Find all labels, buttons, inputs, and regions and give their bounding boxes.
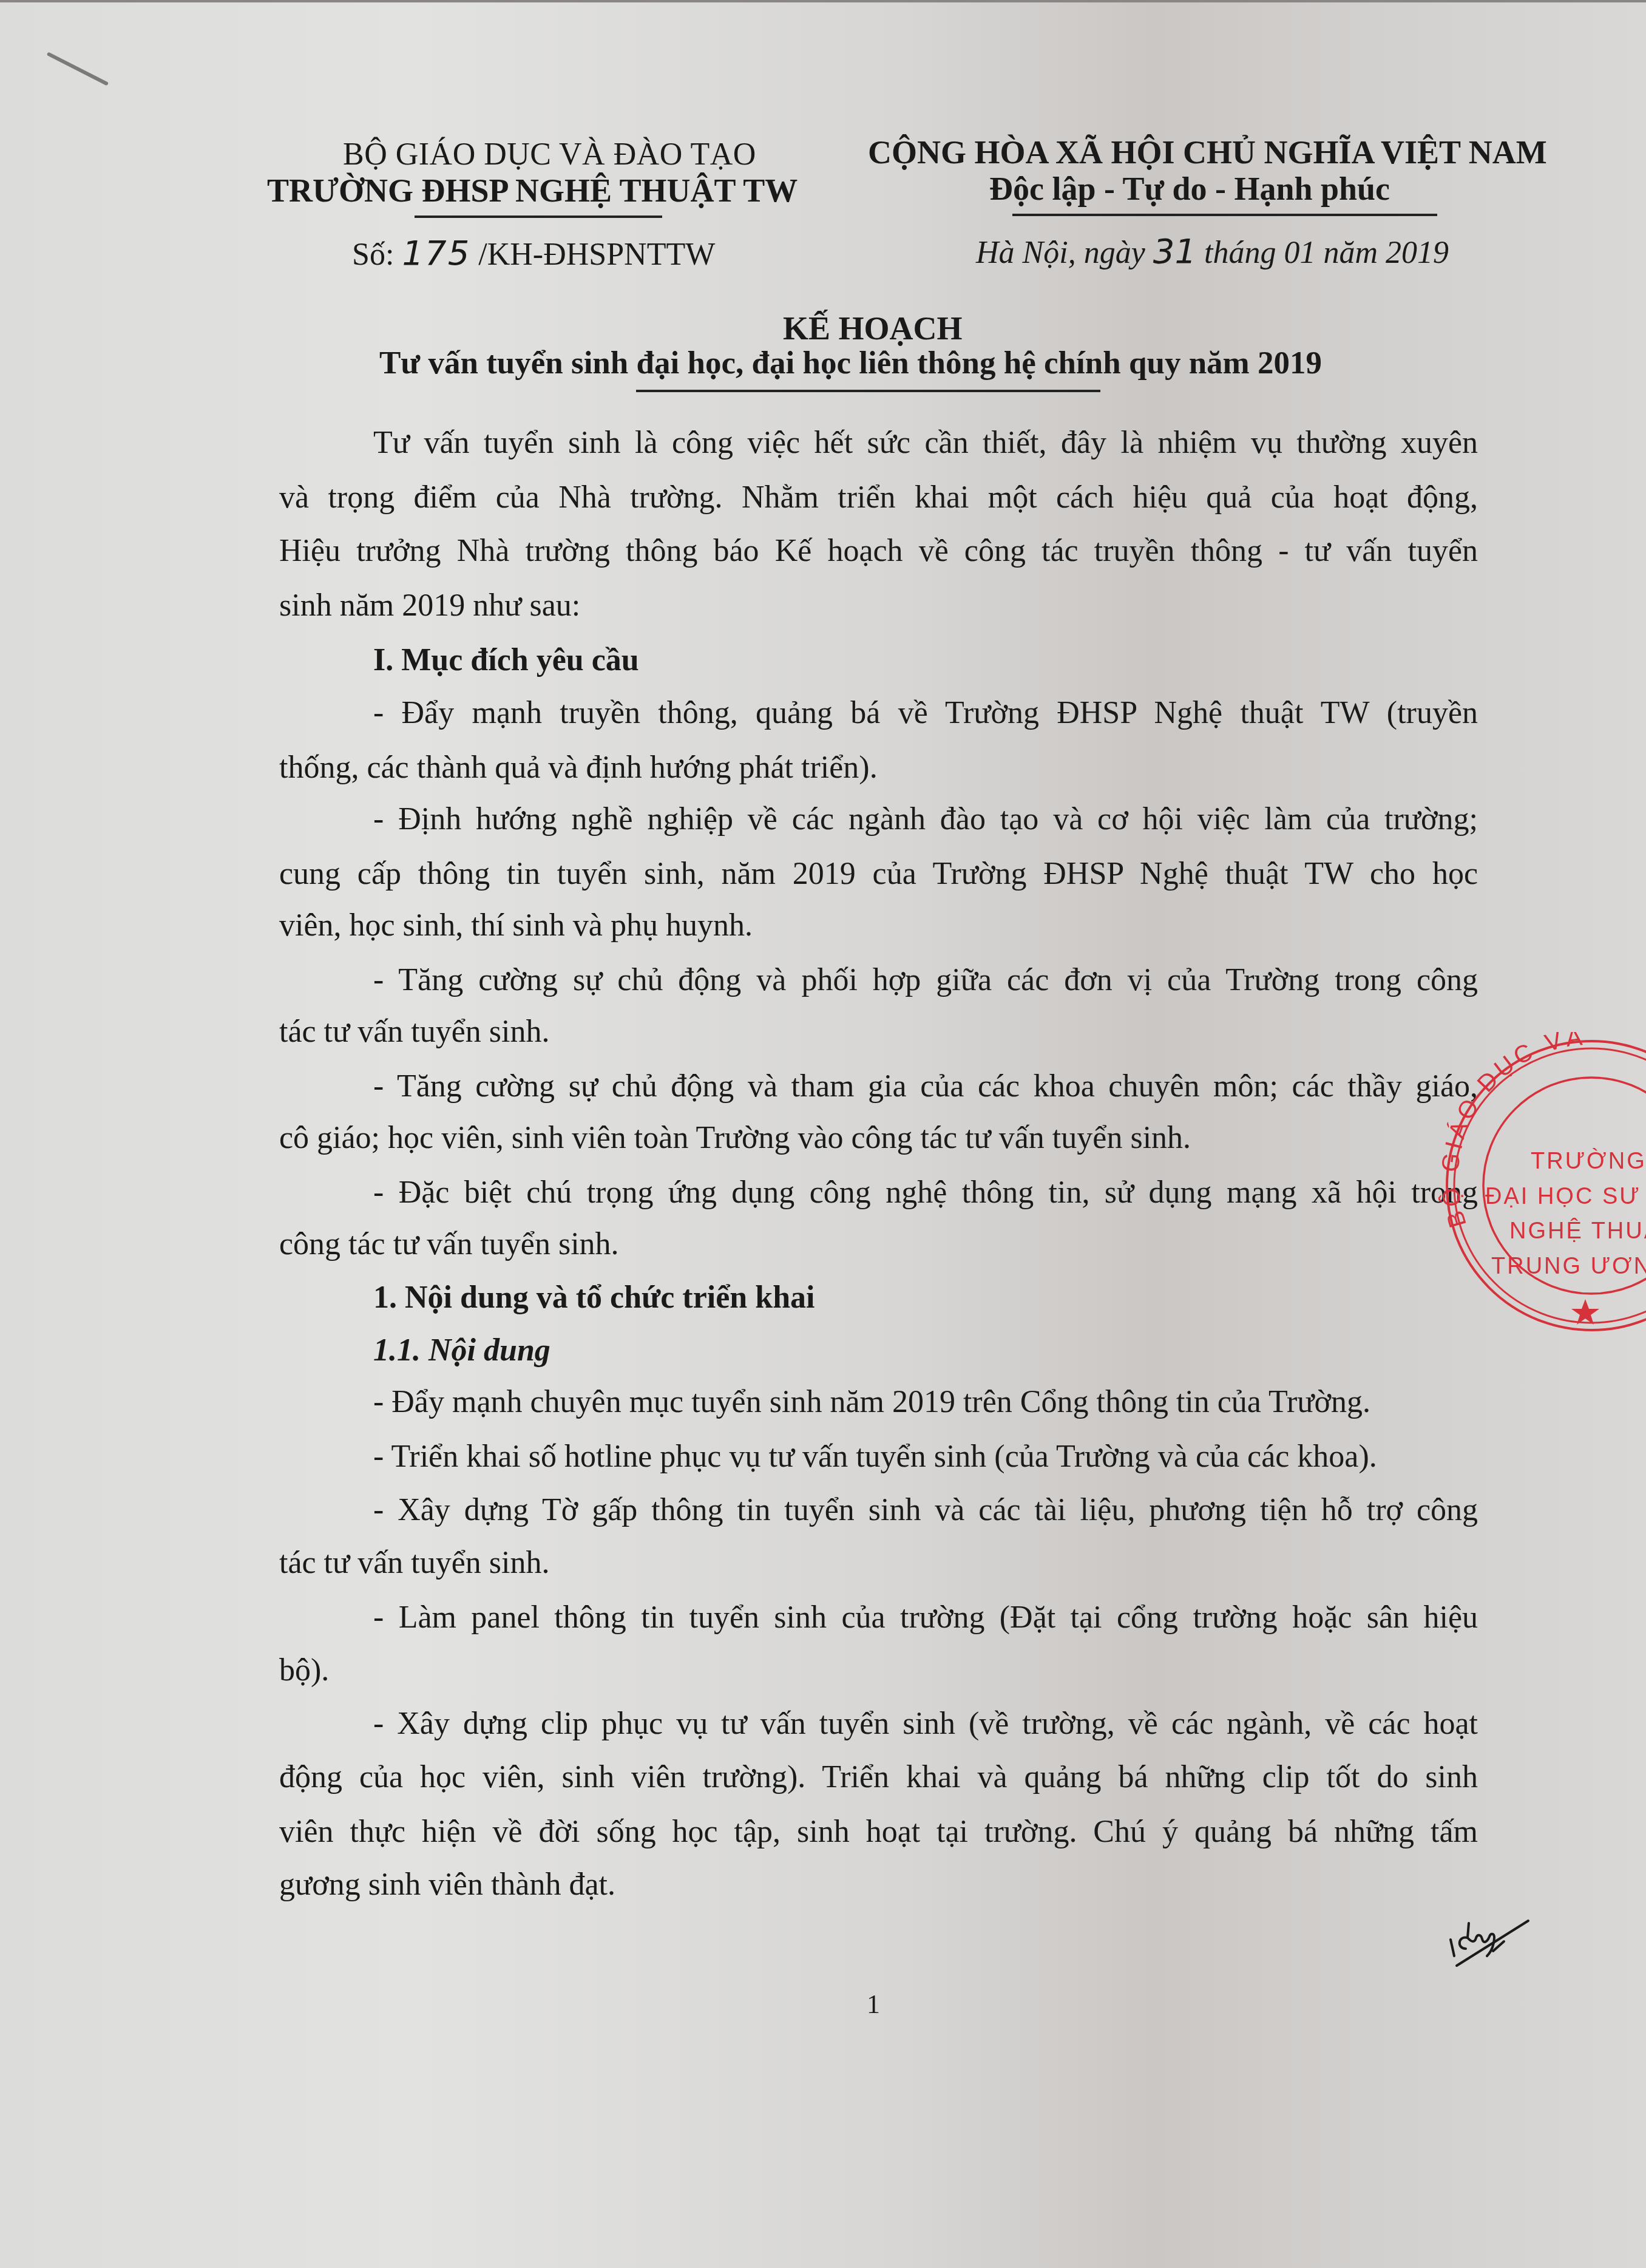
- stamp-center-line: TRƯỜNG: [1531, 1148, 1646, 1174]
- intro-paragraph-line: và trọng điểm của Nhà trường. Nhằm triển…: [279, 480, 1478, 515]
- doc-number-suffix: /KH-ĐHSPNTTW: [478, 237, 715, 272]
- content-item-line: viên thực hiện về đời sống học tập, sinh…: [279, 1814, 1478, 1850]
- content-item-line: gương sinh viên thành đạt.: [279, 1867, 615, 1903]
- date-suffix: tháng 01 năm 2019: [1204, 236, 1449, 270]
- intro-paragraph-line: Hiệu trưởng Nhà trường thông báo Kế hoạc…: [279, 533, 1478, 569]
- subject-underline: [636, 390, 1100, 392]
- school-underline: [415, 216, 662, 218]
- content-item-line: - Làm panel thông tin tuyển sinh của trư…: [373, 1600, 1478, 1635]
- content-item-line: tác tư vấn tuyển sinh.: [279, 1545, 550, 1581]
- stamp-center-line: TRUNG ƯƠN: [1491, 1254, 1646, 1279]
- purpose-item-line: thống, các thành quả và định hướng phát …: [279, 750, 878, 786]
- content-item-line: - Xây dựng Tờ gấp thông tin tuyển sinh v…: [373, 1492, 1478, 1528]
- section-heading: I. Mục đích yêu cầu: [373, 642, 639, 678]
- place-date: Hà Nội, ngày 31 tháng 01 năm 2019: [976, 232, 1449, 271]
- purpose-item-line: tác tư vấn tuyển sinh.: [279, 1014, 550, 1050]
- republic-title: CỘNG HÒA XÃ HỘI CHỦ NGHĨA VIỆT NAM: [868, 134, 1547, 171]
- pencil-mark: [47, 52, 109, 86]
- doc-number-handwritten: 175: [402, 234, 470, 273]
- content-item-line: động của học viên, sinh viên trường). Tr…: [279, 1759, 1478, 1795]
- purpose-item-line: cung cấp thông tin tuyển sinh, năm 2019 …: [279, 856, 1478, 892]
- star-icon: [1571, 1299, 1599, 1325]
- motto-underline: [1012, 214, 1437, 216]
- content-item-line: - Xây dựng clip phục vụ tư vấn tuyển sin…: [373, 1706, 1478, 1742]
- purpose-item-line: viên, học sinh, thí sinh và phụ huynh.: [279, 908, 753, 943]
- purpose-item-line: công tác tư vấn tuyển sinh.: [279, 1226, 619, 1262]
- purpose-item-line: - Đẩy mạnh truyền thông, quảng bá về Trư…: [373, 695, 1478, 731]
- stamp-center-line: NGHỆ THUẬT: [1509, 1218, 1646, 1244]
- intro-paragraph-line: Tư vấn tuyển sinh là công việc hết sức c…: [373, 425, 1478, 461]
- school-name: TRƯỜNG ĐHSP NGHỆ THUẬT TW: [267, 172, 798, 209]
- stamp-center-line: ĐẠI HỌC SƯ PH: [1485, 1184, 1646, 1209]
- purpose-item-line: - Định hướng nghề nghiệp về các ngành đà…: [373, 801, 1478, 837]
- page-top-edge: [0, 0, 1646, 2]
- document-subject: Tư vấn tuyển sinh đại học, đại học liên …: [379, 345, 1322, 381]
- document-type: KẾ HOẠCH: [783, 310, 963, 347]
- doc-number-prefix: Số:: [352, 237, 394, 272]
- purpose-item-line: - Tăng cường sự chủ động và tham gia của…: [373, 1068, 1478, 1104]
- subsubsection-heading: 1.1. Nội dung: [373, 1333, 550, 1368]
- date-day-handwritten: 31: [1153, 232, 1196, 271]
- content-item-line: - Triển khai số hotline phục vụ tư vấn t…: [373, 1439, 1377, 1475]
- purpose-item-line: cô giáo; học viên, sinh viên toàn Trường…: [279, 1120, 1191, 1156]
- page-number: 1: [867, 1989, 880, 2020]
- official-seal-stamp: BỘ GIÁO DỤC VÀ TRƯỜNG ĐẠI HỌC SƯ PH NGHỆ…: [1428, 1032, 1646, 1336]
- subsection-heading: 1. Nội dung và tổ chức triển khai: [373, 1280, 815, 1316]
- document-number: Số: 175 /KH-ĐHSPNTTW: [352, 234, 715, 273]
- purpose-item-line: - Đặc biệt chú trọng ứng dụng công nghệ …: [373, 1175, 1478, 1210]
- content-item-line: - Đẩy mạnh chuyên mục tuyển sinh năm 201…: [373, 1384, 1370, 1420]
- date-prefix: Hà Nội, ngày: [976, 236, 1145, 270]
- purpose-item-line: - Tăng cường sự chủ động và phối hợp giữ…: [373, 962, 1478, 998]
- content-item-line: bộ).: [279, 1652, 329, 1688]
- signature-initials: [1438, 1906, 1536, 1973]
- intro-paragraph-line: sinh năm 2019 như sau:: [279, 588, 580, 623]
- national-motto: Độc lập - Tự do - Hạnh phúc: [989, 170, 1390, 208]
- ministry-name: BỘ GIÁO DỤC VÀ ĐÀO TẠO: [343, 137, 756, 172]
